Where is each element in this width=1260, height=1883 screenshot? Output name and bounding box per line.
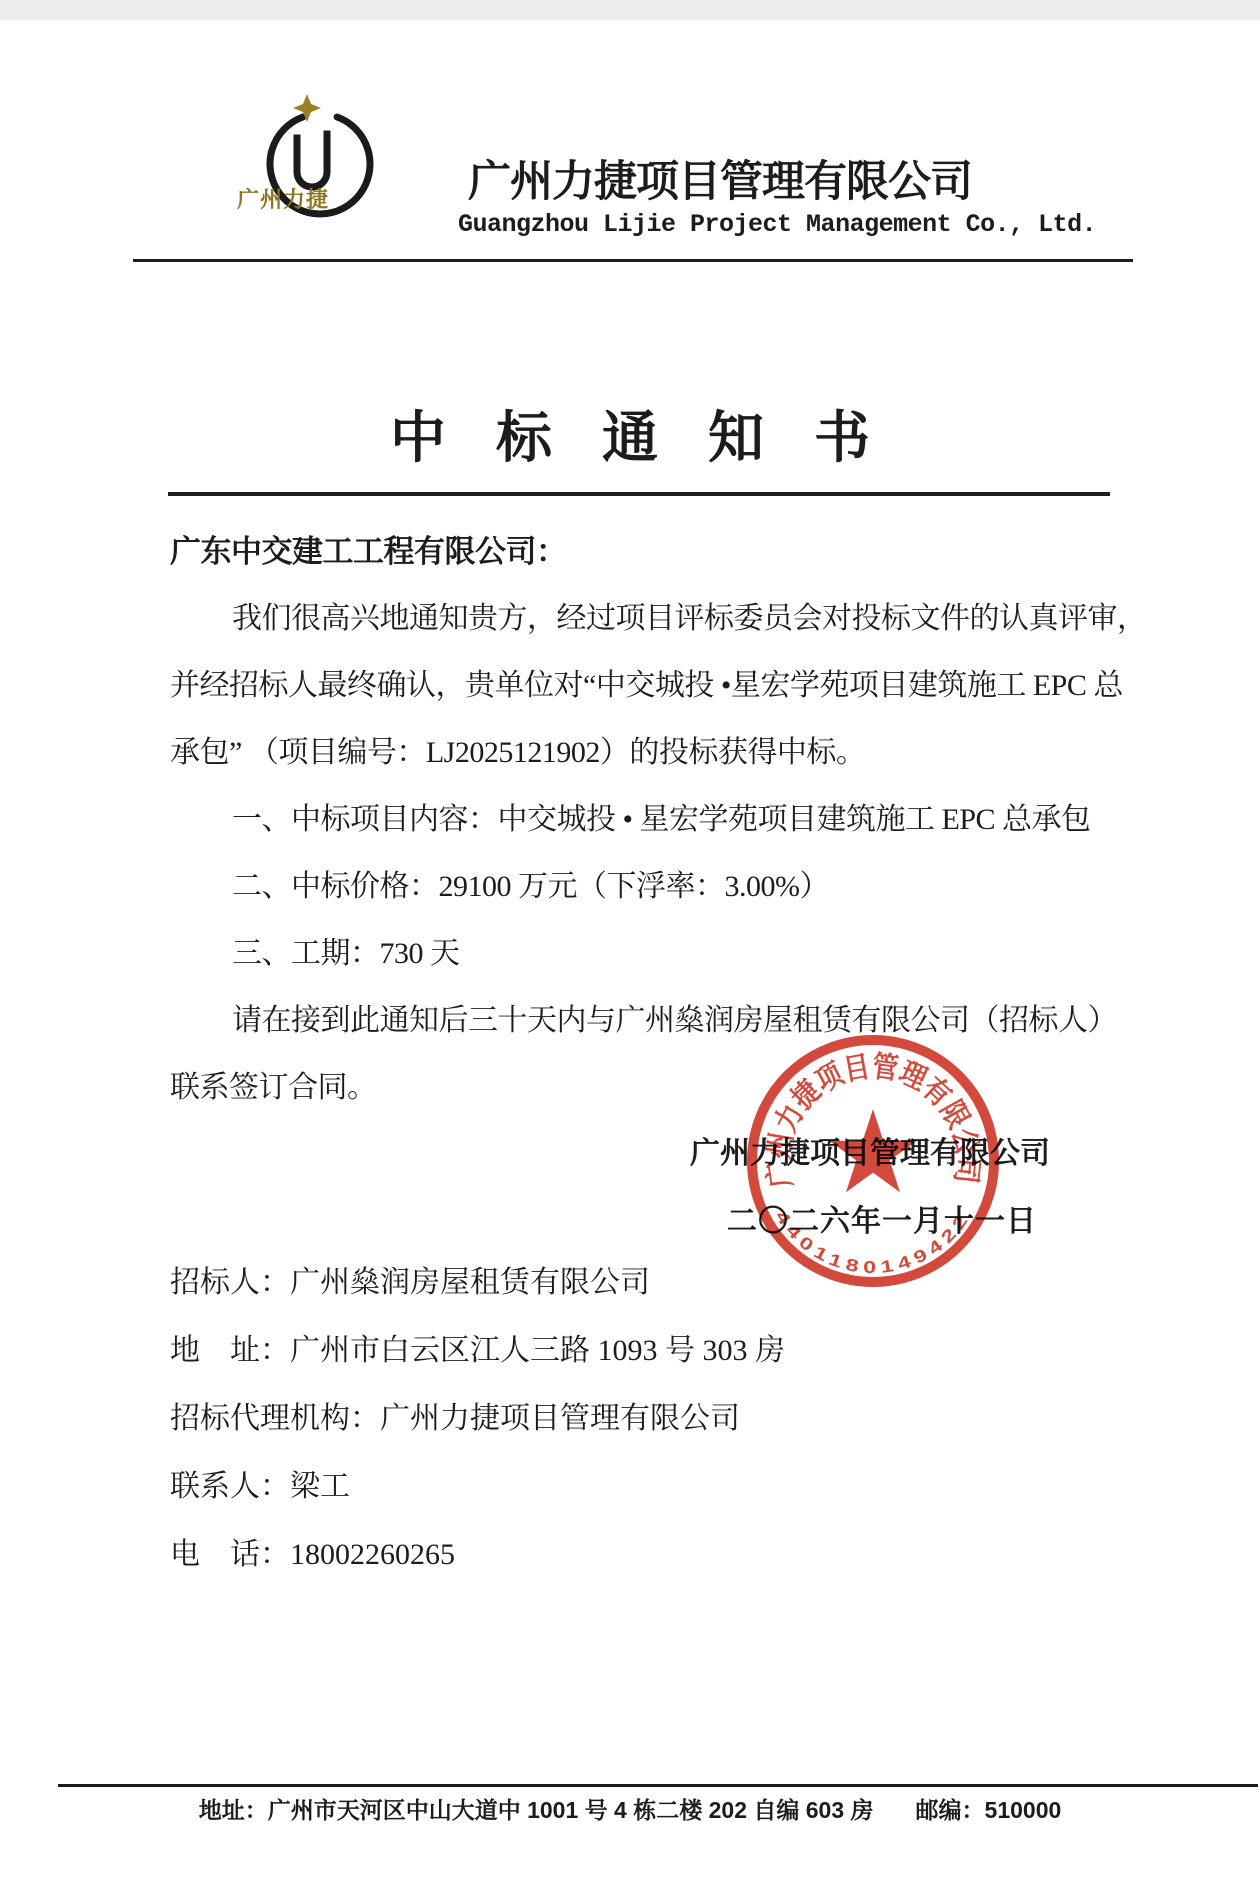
body-line-5-item-2: 二、中标价格：29100 万元（下浮率：3.00%） <box>170 853 1150 920</box>
footer-address: 地址：广州市天河区中山大道中 1001 号 4 栋二楼 202 自编 603 房 <box>199 1797 874 1823</box>
footer-divider <box>58 1784 1258 1787</box>
red-star-icon <box>829 1109 916 1192</box>
title-underline <box>168 492 1110 496</box>
tenderer-label: 招标人： <box>170 1266 290 1299</box>
address-label: 地 址： <box>170 1334 290 1367</box>
document-title: 中标通知书 <box>0 394 1260 474</box>
scan-edge-strip <box>0 0 1260 20</box>
brand-small-label: 广州力捷 <box>237 183 329 214</box>
footer-postal-code: 邮编：510000 <box>916 1797 1062 1823</box>
svg-text:4401180149422: 4401180149422 <box>771 1207 974 1277</box>
company-name-en: Guangzhou Lijie Project Management Co., … <box>458 210 1096 239</box>
body-line-6-item-3: 三、工期：730 天 <box>170 920 1150 987</box>
recipient-line: 广东中交建工工程有限公司： <box>170 518 1150 585</box>
agency-value: 广州力捷项目管理有限公司 <box>380 1402 740 1435</box>
contact-person-label: 联系人： <box>170 1470 290 1503</box>
phone-label: 电 话： <box>170 1538 290 1571</box>
contact-person-row: 联系人：梁工 <box>170 1453 785 1521</box>
company-seal-stamp: 广州力捷项目管理有限公司 4401180149422 <box>742 1028 1004 1294</box>
contact-info: 招标人：广州燊润房屋租赁有限公司 地 址：广州市白云区江人三路 1093 号 3… <box>170 1249 785 1589</box>
header-divider <box>133 259 1133 262</box>
footer: 地址：广州市天河区中山大道中 1001 号 4 栋二楼 202 自编 603 房… <box>0 1792 1260 1825</box>
tenderer-row: 招标人：广州燊润房屋租赁有限公司 <box>170 1249 785 1317</box>
seal-serial-number: 4401180149422 <box>771 1207 974 1277</box>
body-line-4-item-1: 一、中标项目内容：中交城投 • 星宏学苑项目建筑施工 EPC 总承包 <box>170 786 1150 853</box>
agency-label: 招标代理机构： <box>170 1402 380 1435</box>
agency-row: 招标代理机构：广州力捷项目管理有限公司 <box>170 1385 785 1453</box>
body-line-2: 并经招标人最终确认，贵单位对“中交城投 •星宏学苑项目建筑施工 EPC 总 <box>170 652 1150 719</box>
body-line-3: 承包” （项目编号：LJ2025121902）的投标获得中标。 <box>170 719 1150 786</box>
body-line-1: 我们很高兴地通知贵方，经过项目评标委员会对投标文件的认真评审， <box>170 585 1150 652</box>
phone-value: 18002260265 <box>290 1538 455 1571</box>
tenderer-value: 广州燊润房屋租赁有限公司 <box>290 1266 650 1299</box>
address-value: 广州市白云区江人三路 1093 号 303 房 <box>290 1334 785 1367</box>
address-row: 地 址：广州市白云区江人三路 1093 号 303 房 <box>170 1317 785 1385</box>
contact-person-value: 梁工 <box>290 1470 350 1503</box>
phone-row: 电 话：18002260265 <box>170 1521 785 1589</box>
company-name-cn: 广州力捷项目管理有限公司 <box>468 148 968 209</box>
scanned-document-page: { "colors": { "stamp_red": "#d0392b", "l… <box>0 0 1260 1883</box>
